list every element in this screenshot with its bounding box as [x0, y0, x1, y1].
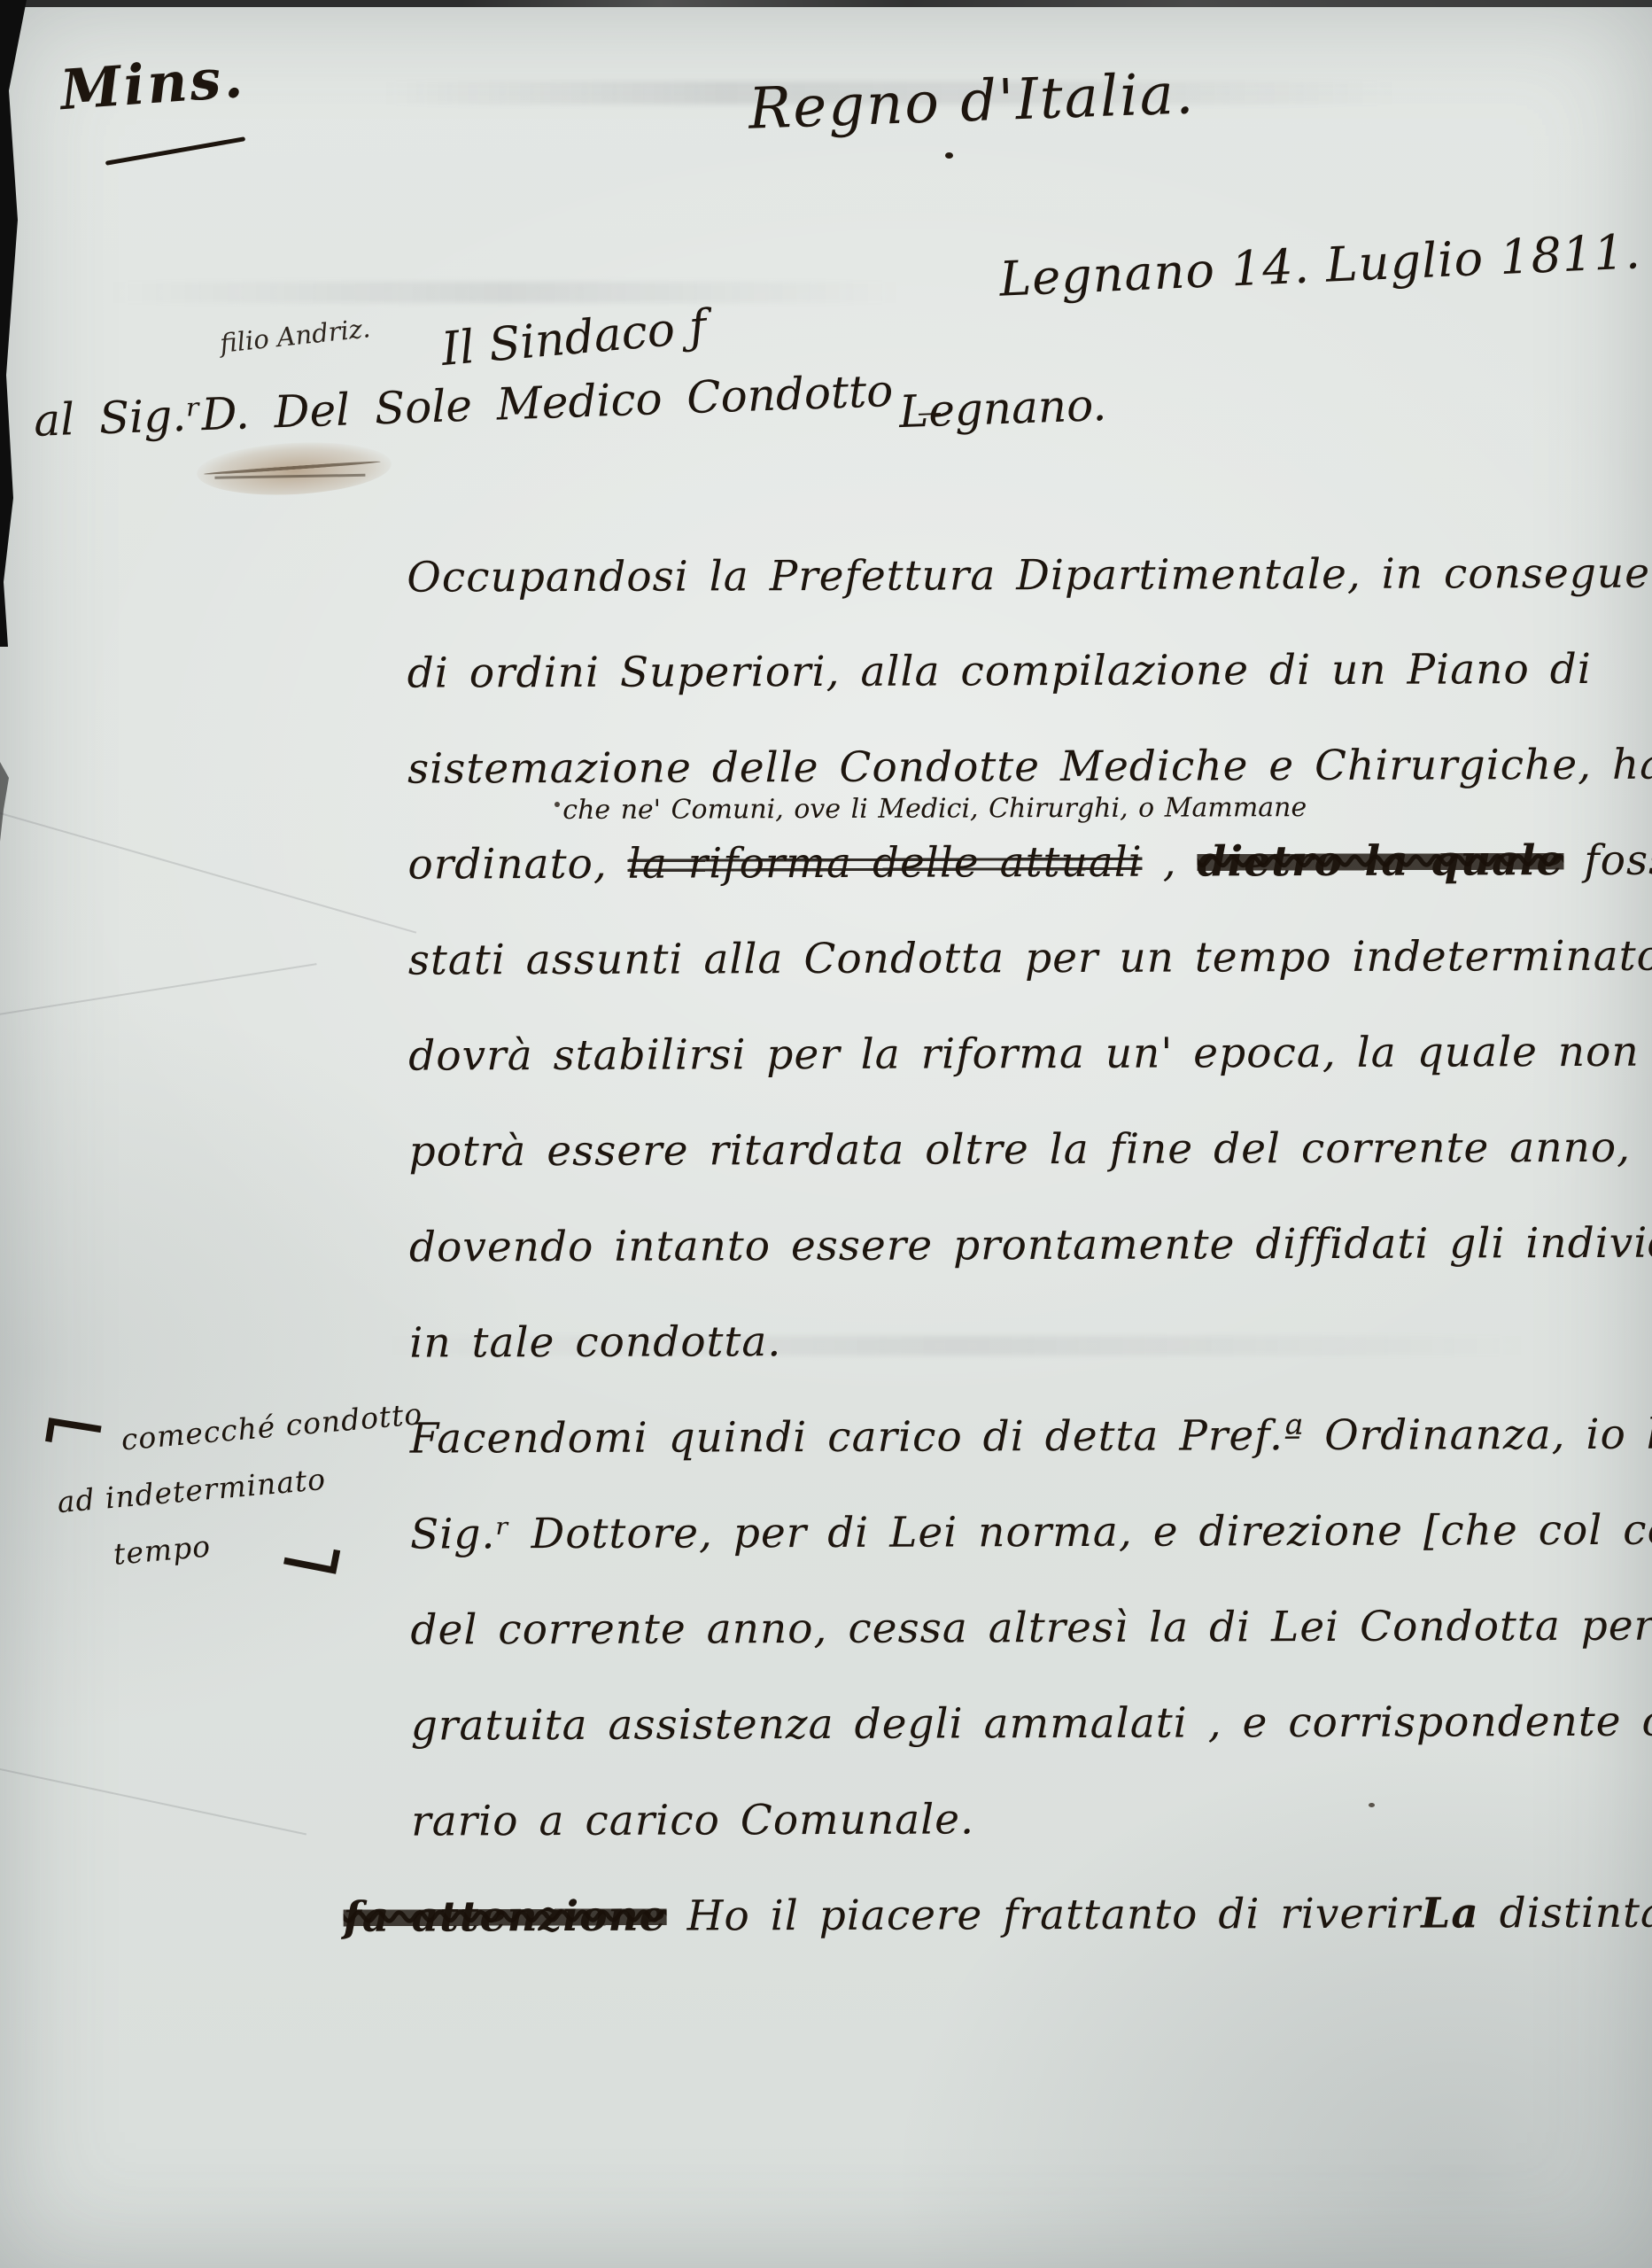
- body-line: che ne' Comuni, ove li Medici, Chirurghi…: [407, 816, 1652, 916]
- address-place: Legnano.: [898, 379, 1107, 438]
- body-text: del corrente anno, cessa altresì la di L…: [410, 1601, 1652, 1654]
- body-text: Ho il piacere frattanto di riverir: [666, 1890, 1421, 1941]
- body-text: fossero: [1563, 835, 1652, 885]
- body-line: di ordini Superiori, alla compilazione d…: [407, 625, 1652, 725]
- body-text: distintamen: [1479, 1888, 1652, 1938]
- body-text: ordinato,: [407, 840, 627, 889]
- body-text: dovrà stabilirsi per la riforma un' epoc…: [408, 1028, 1640, 1081]
- body-text: dovendo intanto essere prontamente diffi…: [409, 1218, 1652, 1271]
- body-line: fa attenzione Ho il piacere frattanto di…: [343, 1868, 1652, 1969]
- bleedthrough-band: [106, 282, 904, 303]
- ink-smudge-erasure: [196, 438, 393, 499]
- letter-body: Occupandosi la Prefettura Dipartimentale…: [407, 529, 1652, 1969]
- corner-registry-note: Mins.: [58, 45, 247, 122]
- body-line: Occupandosi la Prefettura Dipartimentale…: [407, 529, 1652, 629]
- erasure-stroke: [214, 474, 365, 479]
- ink-speck: [945, 152, 953, 159]
- paper-scratch: [0, 963, 317, 1023]
- body-line: del corrente anno, cessa altresì la di L…: [410, 1581, 1652, 1682]
- letter-scan-page: Mins. Regno d'Italia. Legnano 14. Luglio…: [0, 0, 1652, 2268]
- body-text: ,: [1143, 838, 1198, 887]
- insertion-mark-top: ⌐: [35, 1396, 114, 1460]
- body-text: sistemazione delle Condotte Mediche e Ch…: [407, 741, 1652, 794]
- kingdom-header: Regno d'Italia.: [748, 61, 1197, 143]
- body-text: rario a carico Comunale.: [411, 1795, 974, 1845]
- body-line: dovendo intanto essere prontamente diffi…: [409, 1199, 1652, 1299]
- body-line: rario a carico Comunale.: [411, 1773, 1652, 1873]
- torn-edge-top: [0, 0, 1652, 7]
- body-line: Sig.ʳ Dottore, per di Lei norma, e direz…: [410, 1486, 1652, 1586]
- body-text: Occupandosi la Prefettura Dipartimentale…: [407, 548, 1652, 602]
- body-line: potrà essere ritardata oltre la fine del…: [408, 1103, 1652, 1203]
- body-text: gratuita assistenza degli ammalati , e c…: [411, 1697, 1652, 1750]
- struck-text: la riforma delle attuali: [628, 838, 1143, 889]
- paper-scratch: [0, 1764, 306, 1836]
- insertion-mark-bottom: ⌐: [270, 1529, 351, 1595]
- address-inserted-recipient: Il Sindaco ƒ: [439, 300, 709, 377]
- body-text: potrà essere ritardata oltre la fine del…: [409, 1123, 1632, 1177]
- body-line: gratuita assistenza degli ammalati , e c…: [411, 1677, 1652, 1777]
- torn-edge-left: [0, 0, 30, 647]
- body-line: Facendomi quindi carico di detta Pref.ª …: [410, 1390, 1652, 1490]
- body-text: Sig.ʳ Dottore, per di Lei norma, e direz…: [410, 1505, 1652, 1558]
- torn-edge-left-notch: [0, 762, 9, 842]
- struck-text: dietro la quale: [1198, 836, 1564, 886]
- dateline: Legnano 14. Luglio 1811.: [998, 223, 1642, 307]
- address-recipient-line: al Sig.ʳD. Del Sole Medico Condotto _: [33, 363, 941, 447]
- paper-scratch: [0, 804, 416, 933]
- body-text: stati assunti alla Condotta per un tempo…: [408, 932, 1652, 985]
- body-line: dovrà stabilirsi per la riforma un' epoc…: [408, 1007, 1652, 1107]
- struck-text: fa attenzione: [344, 1892, 667, 1942]
- interline-insertion: che ne' Comuni, ove li Medici, Chirurghi…: [562, 795, 1307, 824]
- corner-note-underline: [105, 136, 245, 166]
- body-line: in tale condotta.: [409, 1294, 1652, 1394]
- margin-insertion-note: ⌐ comecché condotto ad indeterminato tem…: [50, 1386, 435, 1588]
- body-line: stati assunti alla Condotta per un tempo…: [408, 912, 1652, 1012]
- body-text: in tale condotta.: [409, 1317, 781, 1367]
- body-text: Facendomi quindi carico di detta Pref.ª …: [410, 1410, 1652, 1464]
- struck-text: La: [1421, 1889, 1479, 1938]
- address-interline-insert: filio Andriz.: [219, 313, 372, 359]
- body-text: di ordini Superiori, alla compilazione d…: [407, 645, 1592, 698]
